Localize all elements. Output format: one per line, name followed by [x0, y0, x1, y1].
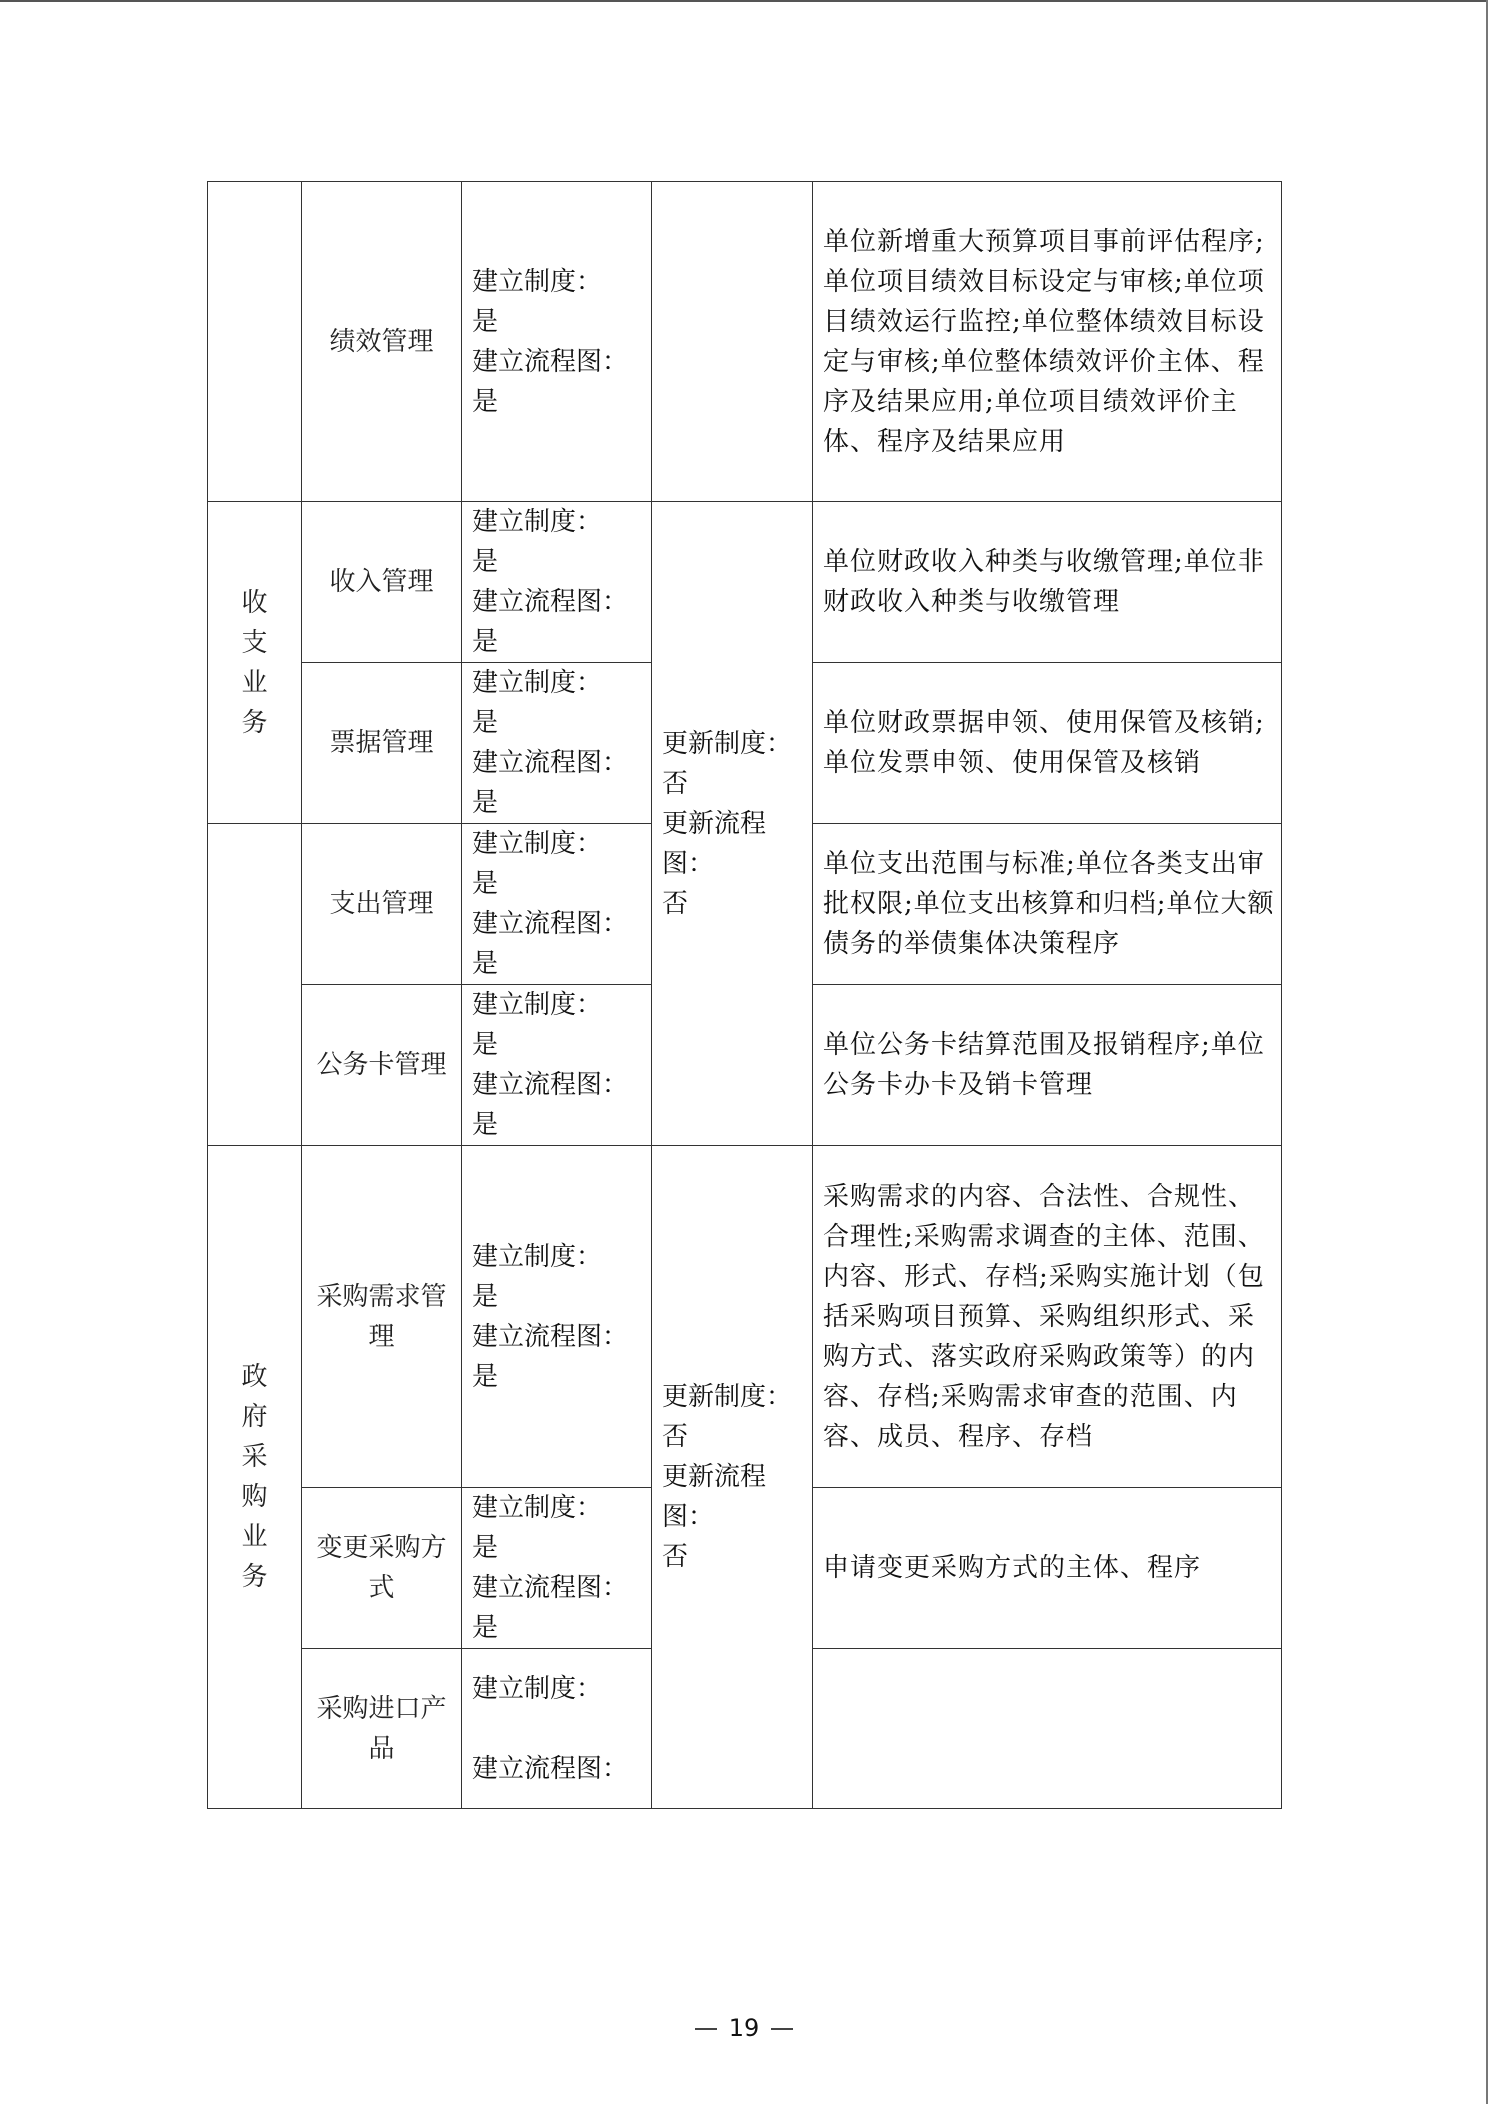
dash-left	[695, 2028, 717, 2030]
status-cell: 建立制度： 是 建立流程图： 是	[462, 985, 652, 1146]
page-top-edge	[0, 0, 1488, 2]
table-row: 政府采购业务 采购需求管理 建立制度： 是 建立流程图： 是 更新制度： 否 更…	[208, 1146, 1282, 1488]
description-cell: 单位财政票据申领、使用保管及核销;单位发票申领、使用保管及核销	[813, 663, 1282, 824]
table-row: 绩效管理 建立制度： 是 建立流程图： 是 单位新增重大预算项目事前评估程序;单…	[208, 182, 1282, 502]
item-cell: 支出管理	[302, 824, 462, 985]
description-cell: 单位财政收入种类与收缴管理;单位非财政收入种类与收缴管理	[813, 502, 1282, 663]
table-row: 收支业务 收入管理 建立制度： 是 建立流程图： 是 更新制度： 否 更新流程图…	[208, 502, 1282, 663]
status-cell: 建立制度： 是 建立流程图： 是	[462, 1488, 652, 1649]
status-cell: 建立制度： 是 建立流程图： 是	[462, 182, 652, 502]
update-cell-merged: 更新制度： 否 更新流程图： 否	[652, 502, 813, 1146]
description-cell: 申请变更采购方式的主体、程序	[813, 1488, 1282, 1649]
internal-control-table: 绩效管理 建立制度： 是 建立流程图： 是 单位新增重大预算项目事前评估程序;单…	[207, 181, 1282, 1809]
item-cell: 采购需求管理	[302, 1146, 462, 1488]
dash-right	[771, 2028, 793, 2030]
item-cell: 变更采购方式	[302, 1488, 462, 1649]
update-cell-merged: 更新制度： 否 更新流程图： 否	[652, 1146, 813, 1809]
category-cell: 政府采购业务	[208, 1146, 302, 1809]
category-cell	[208, 182, 302, 502]
description-cell: 单位支出范围与标准;单位各类支出审批权限;单位支出核算和归档;单位大额债务的举债…	[813, 824, 1282, 985]
category-cell: 收支业务	[208, 502, 302, 824]
item-cell: 公务卡管理	[302, 985, 462, 1146]
status-cell: 建立制度： 建立流程图：	[462, 1649, 652, 1809]
description-cell	[813, 1649, 1282, 1809]
status-cell: 建立制度： 是 建立流程图： 是	[462, 1146, 652, 1488]
description-cell: 单位新增重大预算项目事前评估程序;单位项目绩效目标设定与审核;单位项目绩效运行监…	[813, 182, 1282, 502]
page-footer: 19	[0, 2014, 1488, 2042]
update-cell	[652, 182, 813, 502]
page-number: 19	[729, 2014, 760, 2042]
item-cell: 收入管理	[302, 502, 462, 663]
description-cell: 采购需求的内容、合法性、合规性、合理性;采购需求调查的主体、范围、内容、形式、存…	[813, 1146, 1282, 1488]
status-cell: 建立制度： 是 建立流程图： 是	[462, 663, 652, 824]
status-cell: 建立制度： 是 建立流程图： 是	[462, 824, 652, 985]
status-cell: 建立制度： 是 建立流程图： 是	[462, 502, 652, 663]
item-cell: 绩效管理	[302, 182, 462, 502]
description-cell: 单位公务卡结算范围及报销程序;单位公务卡办卡及销卡管理	[813, 985, 1282, 1146]
item-cell: 采购进口产品	[302, 1649, 462, 1809]
item-cell: 票据管理	[302, 663, 462, 824]
category-cell	[208, 824, 302, 1146]
